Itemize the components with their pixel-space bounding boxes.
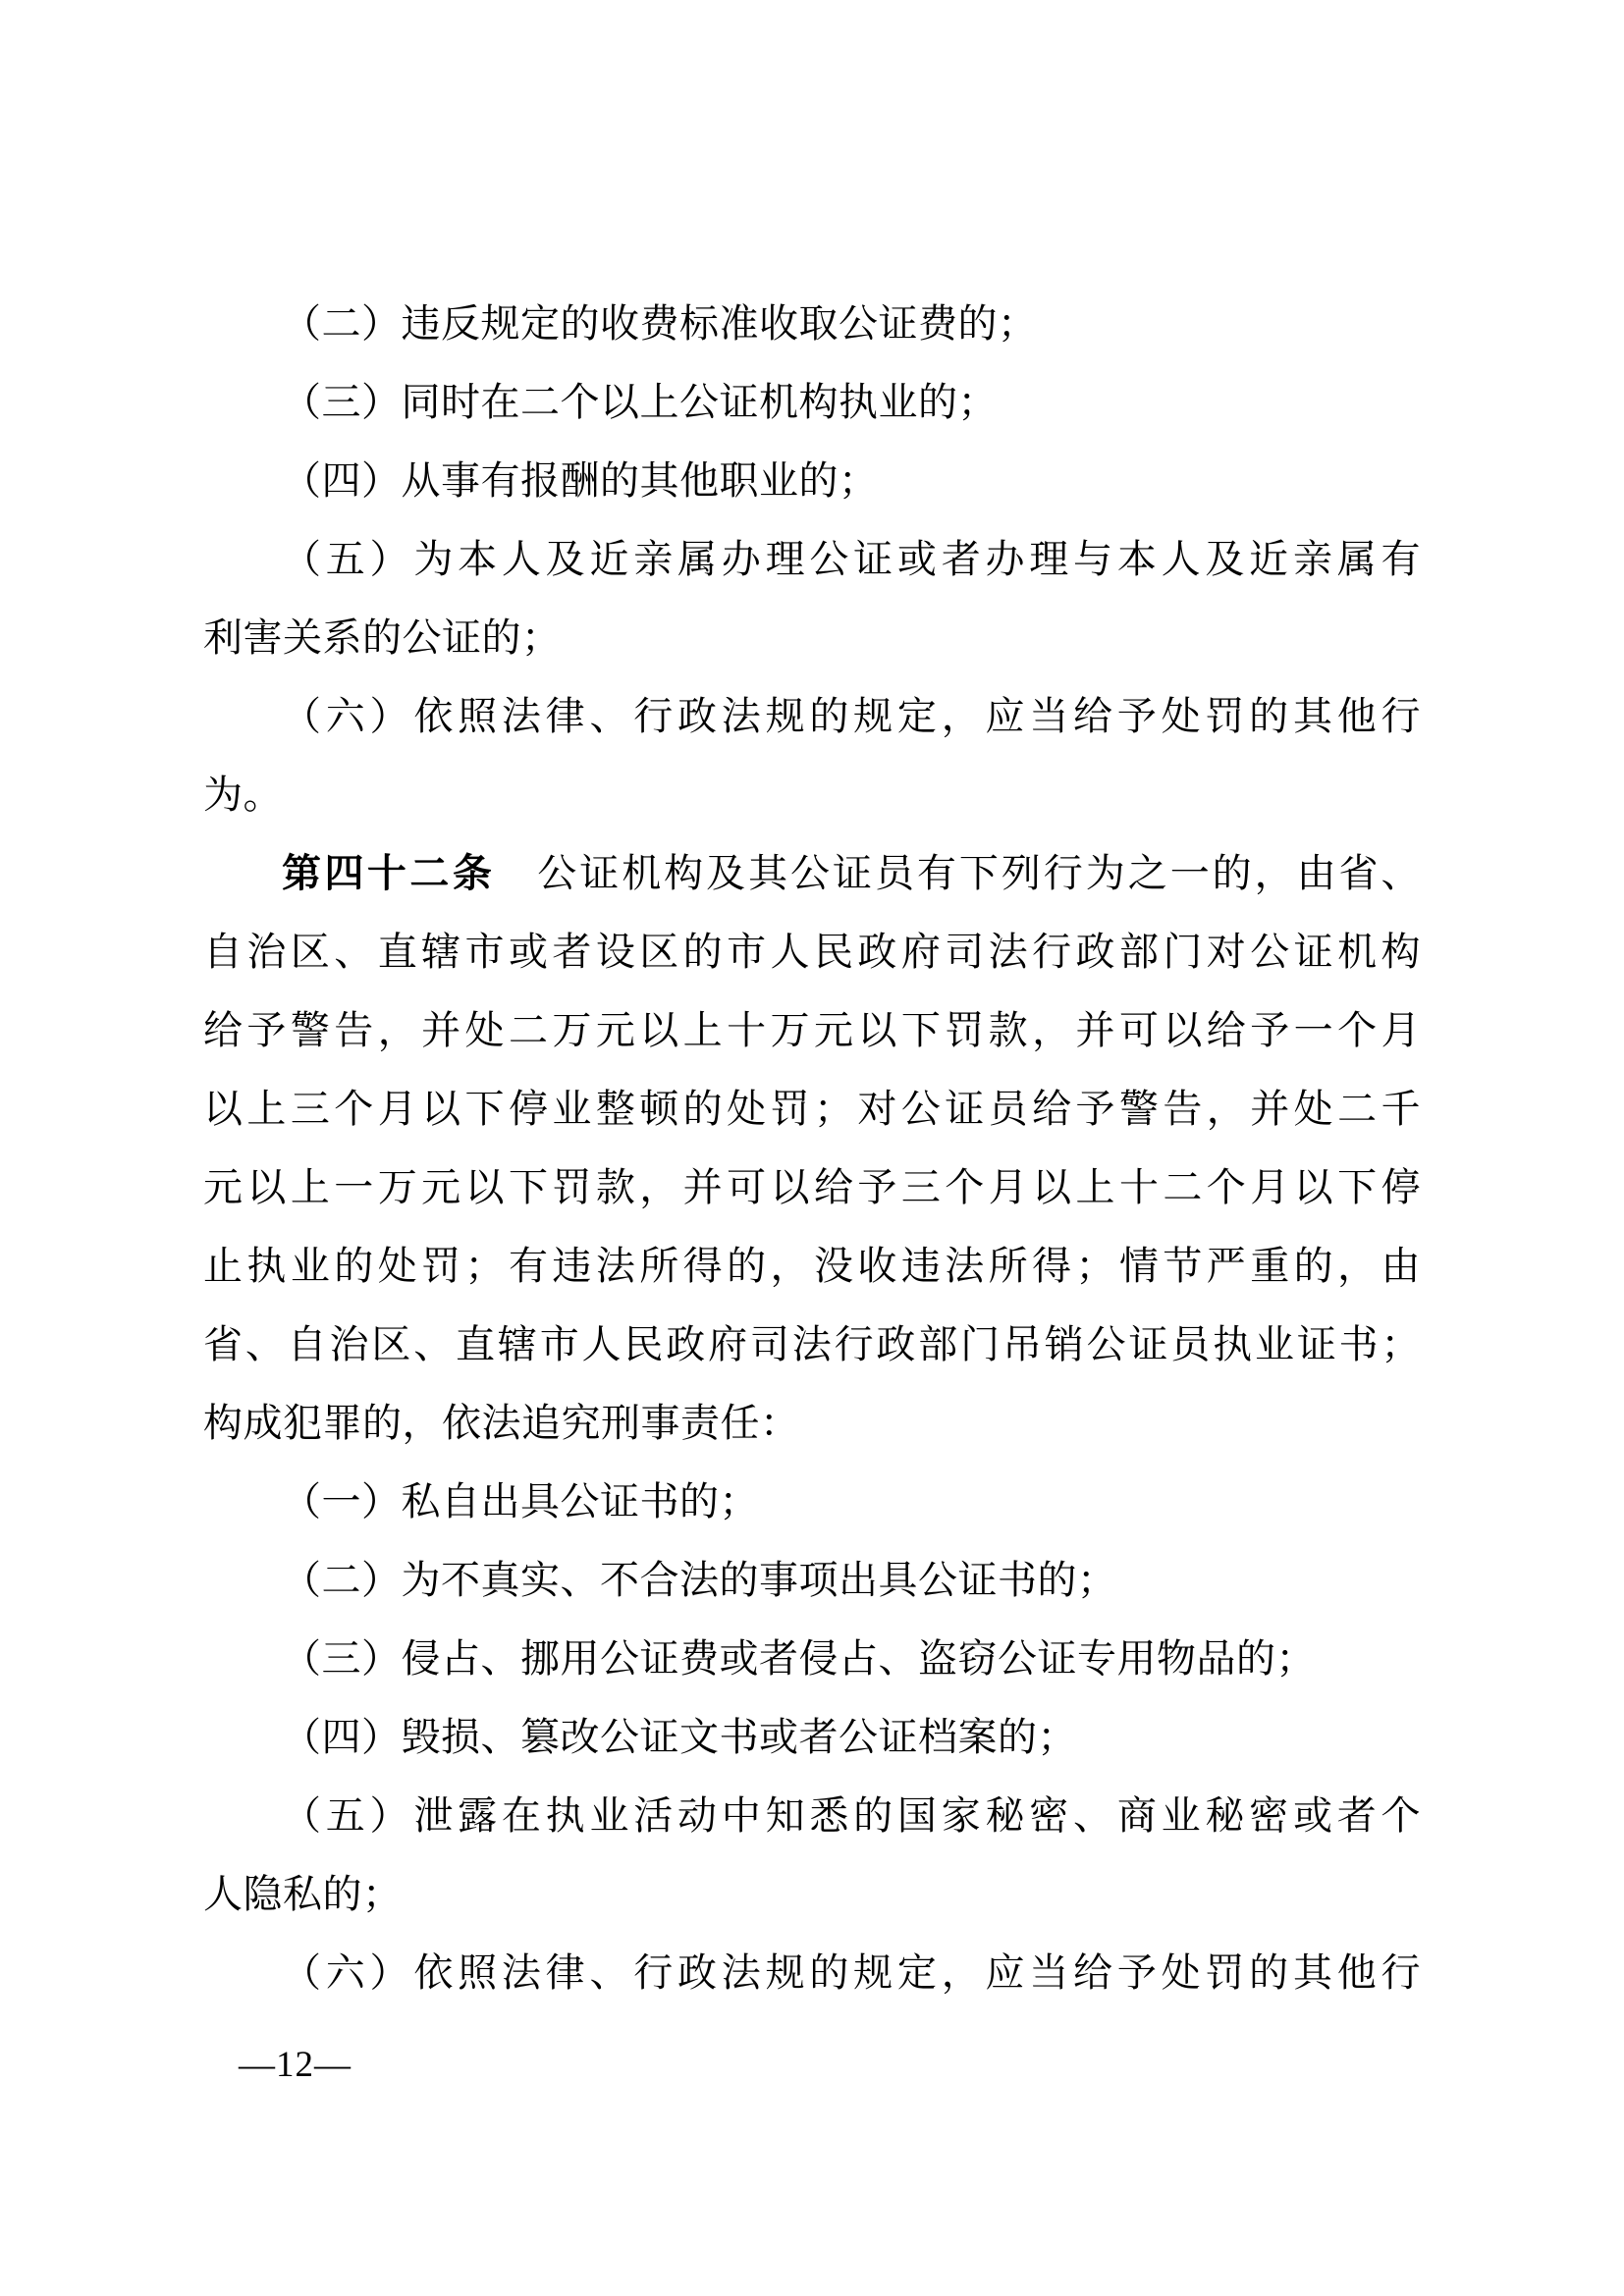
violation-item-4: （四）毁损、篡改公证文书或者公证档案的；: [203, 1698, 1421, 1777]
list-item-5-line-2: 利害关系的公证的；: [203, 599, 1421, 677]
list-item-4: （四）从事有报酬的其他职业的；: [203, 442, 1421, 520]
document-page: （二）违反规定的收费标准收取公证费的；（三）同时在二个以上公证机构执业的；（四）…: [0, 0, 1624, 2296]
article-number-heading: 第四十二条: [282, 851, 495, 895]
violation-item-5-line-1: （五）泄露在执业活动中知悉的国家秘密、商业秘密或者个: [203, 1777, 1421, 1855]
article-42-line-3: 给予警告，并处二万元以上十万元以下罚款，并可以给予一个月: [203, 991, 1421, 1070]
list-item-3: （三）同时在二个以上公证机构执业的；: [203, 363, 1421, 442]
article-42-line-5: 元以上一万元以下罚款，并可以给予三个月以上十二个月以下停: [203, 1148, 1421, 1227]
article-42-line-8: 构成犯罪的，依法追究刑事责任：: [203, 1384, 1421, 1463]
violation-item-3: （三）侵占、挪用公证费或者侵占、盗窃公证专用物品的；: [203, 1620, 1421, 1698]
article-42-line-4: 以上三个月以下停业整顿的处罚；对公证员给予警告，并处二千: [203, 1070, 1421, 1148]
article-42-line-2: 自治区、直辖市或者设区的市人民政府司法行政部门对公证机构: [203, 913, 1421, 991]
list-item-2: （二）违反规定的收费标准收取公证费的；: [203, 285, 1421, 363]
violation-item-1: （一）私自出具公证书的；: [203, 1463, 1421, 1541]
violation-item-5-line-2: 人隐私的；: [203, 1855, 1421, 1934]
article-42-line-6: 止执业的处罚；有违法所得的，没收违法所得；情节严重的，由: [203, 1227, 1421, 1306]
article-42-line-7: 省、自治区、直辖市人民政府司法行政部门吊销公证员执业证书；: [203, 1306, 1421, 1384]
violation-item-2: （二）为不真实、不合法的事项出具公证书的；: [203, 1541, 1421, 1620]
violation-item-6-line-1: （六）依照法律、行政法规的规定，应当给予处罚的其他行: [203, 1934, 1421, 2012]
list-item-5-line-1: （五）为本人及近亲属办理公证或者办理与本人及近亲属有: [203, 520, 1421, 599]
list-item-6-line-2: 为。: [203, 756, 1421, 834]
article-42-line-1: 第四十二条 公证机构及其公证员有下列行为之一的，由省、: [203, 834, 1421, 913]
list-item-6-line-1: （六）依照法律、行政法规的规定，应当给予处罚的其他行: [203, 677, 1421, 756]
text-block: （二）违反规定的收费标准收取公证费的；（三）同时在二个以上公证机构执业的；（四）…: [203, 285, 1421, 2012]
page-number: —12—: [239, 2044, 352, 2087]
